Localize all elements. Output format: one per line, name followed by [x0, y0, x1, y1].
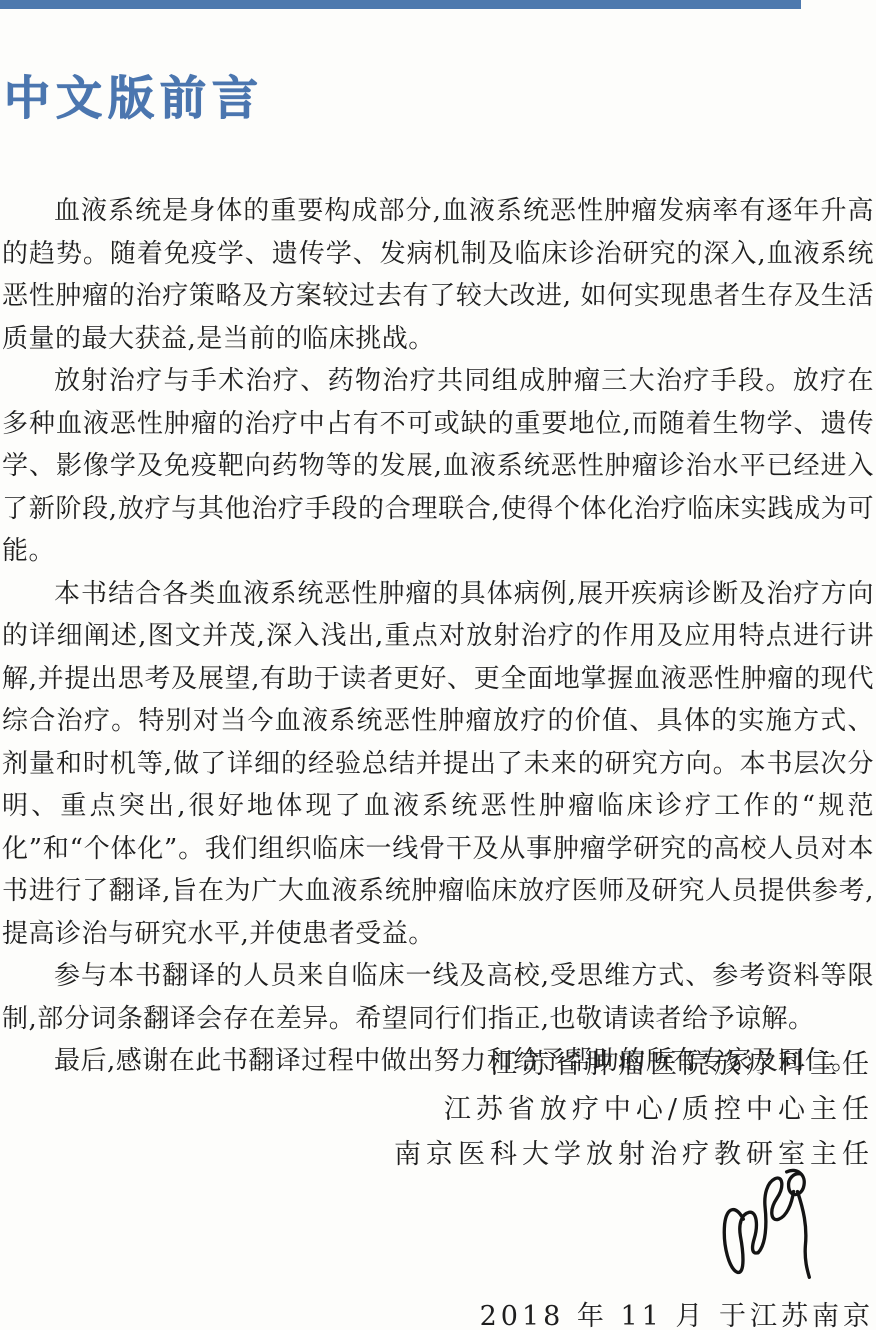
top-accent-bar: [0, 0, 801, 9]
page-title: 中文版前言: [4, 62, 264, 128]
date-line: 2018 年 11 月 于江苏南京: [0, 1294, 874, 1330]
preface-body: 血液系统是身体的重要构成部分,血液系统恶性肿瘤发病率有逐年升高的趋势。随着免疫学…: [2, 190, 874, 1083]
paragraph-1: 血液系统是身体的重要构成部分,血液系统恶性肿瘤发病率有逐年升高的趋势。随着免疫学…: [2, 190, 874, 360]
paragraph-2: 放射治疗与手术治疗、药物治疗共同组成肿瘤三大治疗手段。放疗在多种血液恶性肿瘤的治…: [2, 360, 874, 573]
paragraph-4: 参与本书翻译的人员来自临床一线及高校,受思维方式、参考资料等限制,部分词条翻译会…: [2, 955, 874, 1040]
paragraph-3: 本书结合各类血液系统恶性肿瘤的具体病例,展开疾病诊断及治疗方向的详细阐述,图文并…: [2, 573, 874, 956]
signature-title-line-1: 江苏省肿瘤医院放疗科主任: [0, 1042, 874, 1087]
signature-block: 江苏省肿瘤医院放疗科主任 江苏省放疗中心/质控中心主任 南京医科大学放射治疗教研…: [0, 1042, 874, 1177]
signature-title-line-2: 江苏省放疗中心/质控中心主任: [0, 1087, 874, 1132]
handwritten-signature-image: [702, 1165, 828, 1293]
preface-page: 中文版前言 血液系统是身体的重要构成部分,血液系统恶性肿瘤发病率有逐年升高的趋势…: [0, 0, 876, 1330]
